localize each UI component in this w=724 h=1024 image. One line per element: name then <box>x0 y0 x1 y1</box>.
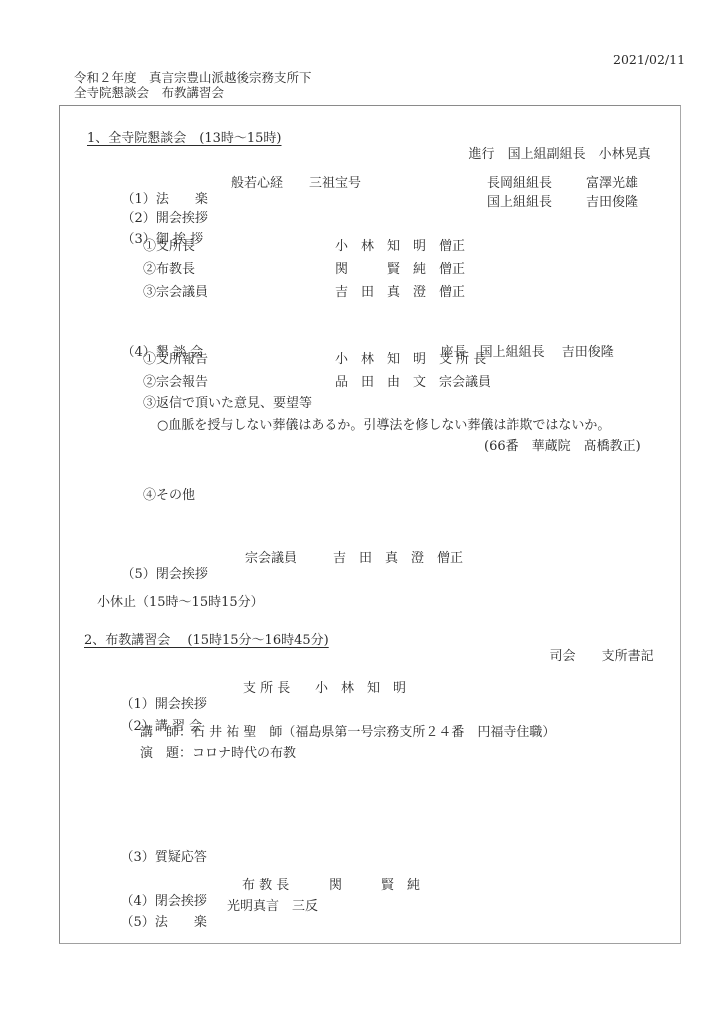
s1-closing-role: 宗会議員 <box>245 551 297 567</box>
discussion-sub-name: 品 田 由 文 宗会議員 <box>335 375 491 391</box>
s2-closing-name: 関 賢 純 <box>329 878 420 894</box>
item-label: 質疑応答 <box>155 850 207 865</box>
discussion-sub-label: ③返信で頂いた意見、要望等 <box>143 396 312 412</box>
s1-hogaku-role: 長岡組組長 <box>487 176 552 192</box>
s1-item-closing: （5）閉会挨拶 <box>105 551 208 599</box>
s1-hogaku-name: 富澤光雄 <box>586 176 638 192</box>
s2-closing-role: 布 教 長 <box>242 878 289 894</box>
item-label: 閉会挨拶 <box>156 567 208 582</box>
s2-item-hogaku: （5）法 楽 <box>104 899 207 947</box>
discussion-other: ④その他 <box>143 488 195 504</box>
s2-opening-name: 小 林 知 明 <box>315 681 406 697</box>
document-date: 2021/02/11 <box>613 52 685 68</box>
section2-mc: 司会 支所書記 <box>533 633 654 681</box>
greeting-sub-label: ③宗会議員 <box>143 285 208 301</box>
item-label: 法 楽 <box>155 915 207 930</box>
greeting-sub-label: ②布教長 <box>143 262 195 278</box>
discussion-sub-label: ②宗会報告 <box>143 375 208 391</box>
discussion-sub-name: 小 林 知 明 支 所 長 <box>335 352 486 368</box>
opinion-text: ○血脈を授与しない葬儀はあるか。引導法を修しない葬儀は詐欺ではないか。 <box>157 418 610 434</box>
mc-label: 司会 <box>550 649 576 664</box>
item-number: （3） <box>121 850 155 865</box>
s2-opening-role: 支 所 長 <box>243 681 290 697</box>
lecture-topic: 演 題：コロナ時代の布教 <box>140 746 296 762</box>
mc-name: 支所書記 <box>602 649 654 664</box>
break-time: 小休止（15時～15時15分） <box>97 595 264 611</box>
facilitator-label: 進行 <box>469 147 495 162</box>
chair-role: 国上組組長 <box>480 345 545 360</box>
item-number: （5） <box>121 915 155 930</box>
lecture-lecturer: 講 師：石 井 祐 聖 師（福島県第一号宗務支所２４番 円福寺住職） <box>140 725 555 741</box>
greeting-sub-name: 吉 田 真 澄 僧正 <box>335 285 465 301</box>
s2-hogaku-content: 光明真言 三反 <box>227 899 318 915</box>
opinion-source: (66番 華蔵院 髙橋教正) <box>484 439 641 455</box>
s1-opening-role: 国上組組長 <box>487 195 552 211</box>
header-event-title: 全寺院懇談会 布教講習会 <box>74 85 224 101</box>
facilitator-role: 国上組副組長 <box>508 147 586 162</box>
section1-facilitator: 進行 国上組副組長 小林晃真 <box>452 131 651 179</box>
greeting-sub-name: 関 賢 純 僧正 <box>335 262 465 278</box>
section2-title: 2、布教講習会 (15時15分～16時45分) <box>84 633 329 649</box>
s1-hogaku-content: 般若心経 三祖宝号 <box>231 176 361 192</box>
item-number: （5） <box>122 567 156 582</box>
s2-item-qa: （3）質疑応答 <box>104 834 207 882</box>
greeting-sub-label: ①支所長 <box>143 239 195 255</box>
facilitator-name: 小林晃真 <box>599 147 651 162</box>
discussion-sub-label: ①支所報告 <box>143 352 208 368</box>
s1-opening-name: 吉田俊隆 <box>586 195 638 211</box>
header-organization: 令和２年度 真言宗豊山派越後宗務支所下 <box>74 70 312 86</box>
chair-name: 吉田俊隆 <box>562 345 614 360</box>
section1-title: 1、全寺院懇談会 (13時～15時) <box>87 131 282 147</box>
s1-closing-name: 吉 田 真 澄 僧正 <box>333 551 463 567</box>
greeting-sub-name: 小 林 知 明 僧正 <box>335 239 465 255</box>
